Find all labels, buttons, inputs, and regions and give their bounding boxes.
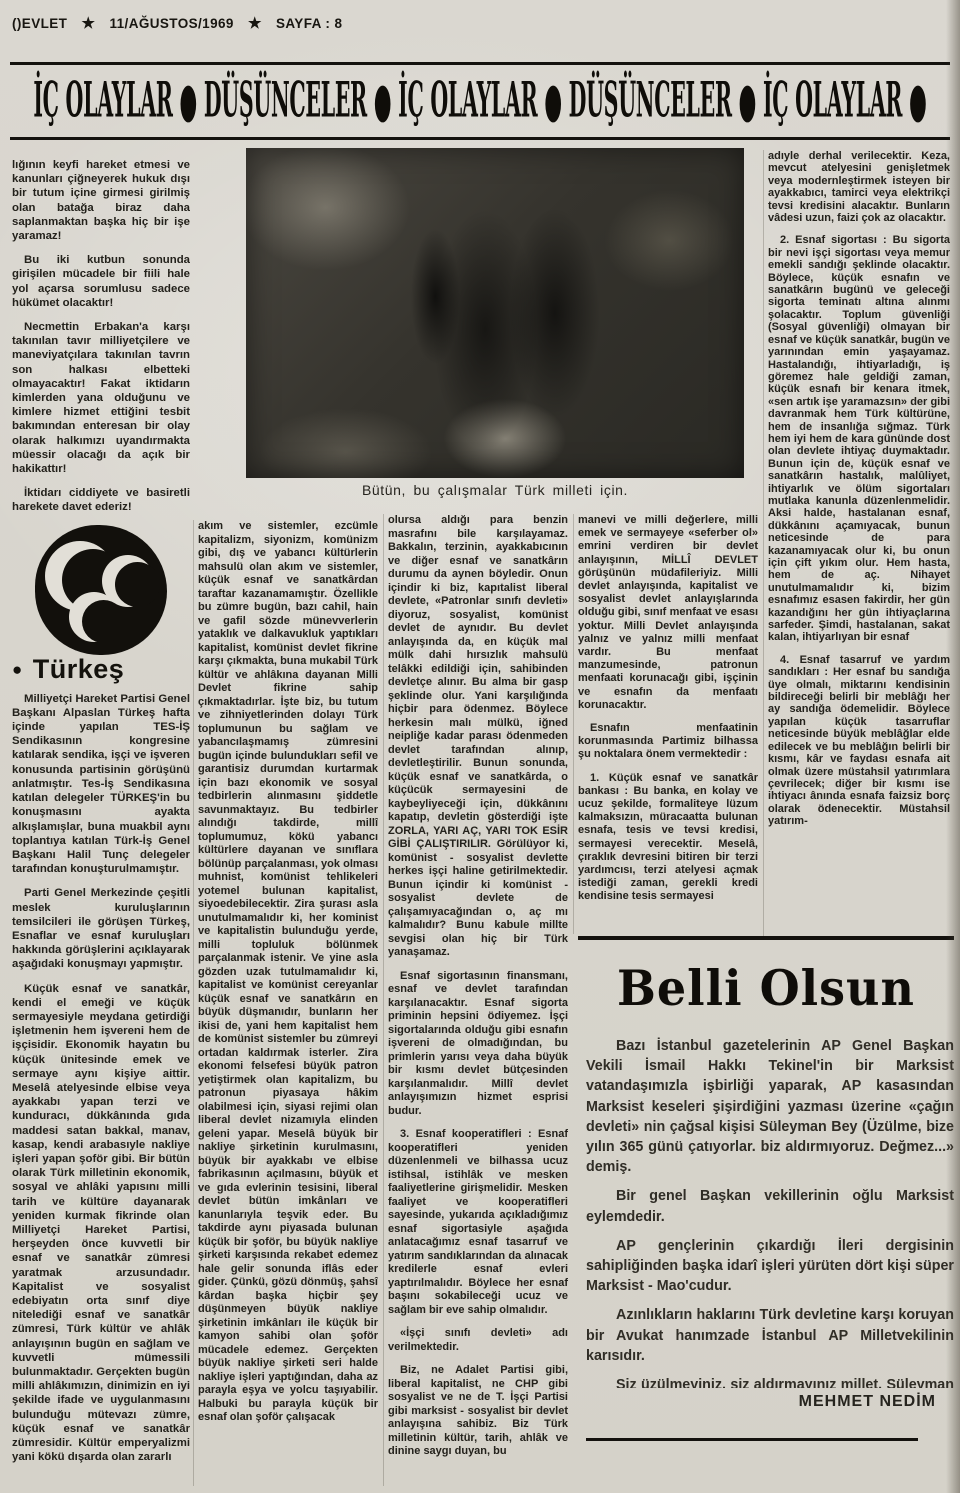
paragraph: manevi ve milli değerlere, milli emek ve…: [578, 514, 758, 712]
paragraph: 4. Esnaf tasarruf ve yardım sandıkları :…: [768, 654, 950, 828]
paragraph: Bu iki kutbun sonunda girişilen mücadele…: [12, 253, 190, 310]
banner-rule-top: [10, 62, 950, 65]
belli-olsun-title: Belli Olsun: [578, 948, 954, 1028]
photo-caption: Bütün, bu çalışmalar Türk milleti için.: [246, 482, 744, 498]
banner-title: İÇ OLAYLAR ● DÜŞÜNCELER ● İÇ OLAYLAR ● D…: [33, 72, 926, 128]
three-crescents-logo: [35, 525, 167, 655]
turkes-article-text: Milliyetçi Hareket Partisi Genel Başkanı…: [12, 692, 190, 1465]
turkes-heading: ● Türkeş: [12, 661, 190, 678]
turkes-heading-label: Türkeş: [33, 662, 125, 676]
paragraph: Azınlıkların haklarını Türk devletine ka…: [586, 1305, 954, 1366]
signature: MEHMET NEDİM: [586, 1393, 936, 1411]
paragraph: olursa aldığı para benzin masrafını bile…: [388, 514, 568, 960]
date-line: 11/AĞUSTOS/1969: [109, 16, 233, 31]
page-header: ()EVLET ★ 11/AĞUSTOS/1969 ★ SAYFA : 8: [12, 14, 352, 32]
left-column-text: lığının keyfi hareket etmesi ve kanunlar…: [12, 158, 190, 515]
paragraph: Milliyetçi Hareket Partisi Genel Başkanı…: [12, 692, 190, 877]
column-divider: [193, 520, 194, 1486]
paragraph: Necmettin Erbakan'a karşı takınılan tavı…: [12, 320, 190, 476]
column-3: olursa aldığı para benzin masrafını bile…: [388, 514, 568, 1486]
page-number: SAYFA : 8: [276, 16, 342, 31]
paragraph: adıyle derhal verilecektir. Keza, mevcut…: [768, 150, 950, 224]
newspaper-page: { "colors": { "paper": "#d8d5cd", "ink":…: [0, 0, 960, 1493]
column-divider: [383, 514, 384, 1486]
bullet-icon: ●: [12, 661, 23, 678]
paragraph: 2. Esnaf sigortası : Bu sigorta bir nevi…: [768, 234, 950, 643]
paragraph: 1. Küçük esnaf ve sanatkâr bankası : Bu …: [578, 772, 758, 904]
news-photo: [246, 148, 744, 478]
paragraph: Siz üzülmeyiniz, siz aldırmayınız millet…: [586, 1375, 954, 1388]
column-2: akım ve sistemler, ezcümle kapitalizm, s…: [198, 520, 378, 1486]
star-icon: ★: [81, 15, 95, 32]
paragraph: İktidarı ciddiyete ve basiretli harekete…: [12, 486, 190, 514]
logo-disc: [35, 525, 167, 655]
paragraph: akım ve sistemler, ezcümle kapitalizm, s…: [198, 520, 378, 1425]
column-4: manevi ve milli değerlere, milli emek ve…: [578, 514, 758, 932]
banner-rule-bottom: [10, 137, 950, 140]
belli-olsun-rule-bottom: [586, 1438, 918, 1441]
column-left: lığının keyfi hareket etmesi ve kanunlar…: [12, 158, 190, 1488]
paragraph: Küçük esnaf ve sanatkâr, kendi el emeği …: [12, 982, 190, 1465]
paragraph: AP gençlerinin çıkardığı İleri dergisini…: [586, 1236, 954, 1297]
section-banner: İÇ OLAYLAR ● DÜŞÜNCELER ● İÇ OLAYLAR ● D…: [10, 66, 950, 134]
paragraph: Esnafın menfaatinin korunmasında Partimi…: [578, 722, 758, 762]
paragraph: lığının keyfi hareket etmesi ve kanunlar…: [12, 158, 190, 243]
paragraph: Parti Genel Merkezinde çeşitli meslek ku…: [12, 886, 190, 971]
star-icon: ★: [248, 15, 262, 32]
paragraph: Biz, ne Adalet Partisi gibi, liberal kap…: [388, 1364, 568, 1459]
newspaper-scan: ()EVLET ★ 11/AĞUSTOS/1969 ★ SAYFA : 8 İÇ…: [0, 0, 960, 1493]
paragraph: «İşçi sınıfı devleti» adı verilmektedir.: [388, 1327, 568, 1354]
belli-olsun-text: Bazı İstanbul gazetelerinin AP Genel Baş…: [586, 1036, 954, 1388]
column-divider: [763, 150, 764, 936]
paragraph: Bir genel Başkan vekillerinin oğlu Marks…: [586, 1186, 954, 1226]
belli-olsun-rule-top: [578, 936, 954, 940]
paragraph: Esnaf sigortasının finansmanı, esnaf ve …: [388, 970, 568, 1119]
paragraph: Bazı İstanbul gazetelerinin AP Genel Baş…: [586, 1036, 954, 1177]
paragraph: 3. Esnaf kooperatifleri : Esnaf kooperat…: [388, 1128, 568, 1317]
column-5: adıyle derhal verilecektir. Keza, mevcut…: [768, 150, 950, 938]
column-divider: [573, 514, 574, 934]
masthead: ()EVLET: [12, 16, 67, 31]
